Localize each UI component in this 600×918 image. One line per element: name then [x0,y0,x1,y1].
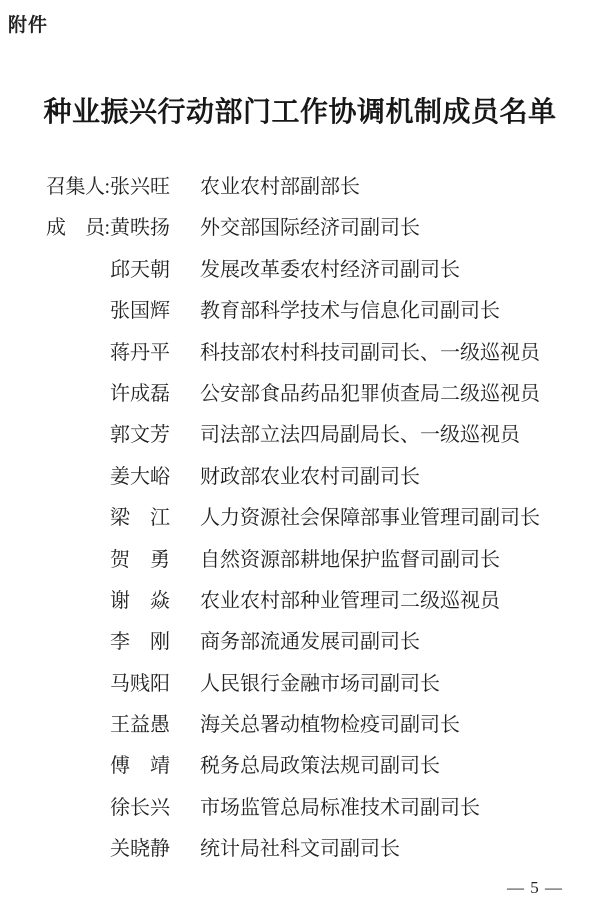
roster-row: 郭文芳 司法部立法四局副局长、一级巡视员 [46,424,590,465]
member-name: 贺 勇 [110,549,170,571]
attachment-label: 附件 [8,10,48,37]
roster-row: 张国辉 教育部科学技术与信息化司副司长 [46,300,590,341]
member-name: 蒋丹平 [110,342,170,364]
member-name: 邱天朝 [110,259,170,281]
member-title: 人力资源社会保障部事业管理司副司长 [200,507,540,529]
roster-row: 傅 靖 税务总局政策法规司副司长 [46,755,590,796]
member-title: 外交部国际经济司副司长 [200,217,420,239]
member-name: 傅 靖 [110,755,170,777]
roster-row-label: 召集人: [46,176,110,198]
roster-row: 召集人: 张兴旺 农业农村部副部长 [46,176,590,217]
member-name: 张兴旺 [110,176,170,198]
roster-row: 蒋丹平 科技部农村科技司副司长、一级巡视员 [46,342,590,383]
document-page: 附件 种业振兴行动部门工作协调机制成员名单 召集人: 张兴旺 农业农村部副部长 … [0,0,600,918]
roster-row-label: 成 员: [46,217,110,239]
roster-row: 谢 焱 农业农村部种业管理司二级巡视员 [46,590,590,631]
member-name: 谢 焱 [110,590,170,612]
member-title: 市场监管总局标准技术司副司长 [200,797,480,819]
member-title: 人民银行金融市场司副司长 [200,673,440,695]
page-number: — 5 — [507,878,563,898]
member-name: 姜大峪 [110,466,170,488]
member-title: 税务总局政策法规司副司长 [200,755,440,777]
member-name: 郭文芳 [110,424,170,446]
member-name: 马贱阳 [110,673,170,695]
member-title: 商务部流通发展司副司长 [200,631,420,653]
member-roster: 召集人: 张兴旺 农业农村部副部长 成 员: 黄昳扬 外交部国际经济司副司长 邱… [46,176,590,880]
page-title: 种业振兴行动部门工作协调机制成员名单 [0,90,600,130]
roster-row: 关晓静 统计局社科文司副司长 [46,838,590,879]
member-title: 财政部农业农村司副司长 [200,466,420,488]
member-title: 农业农村部副部长 [200,176,360,198]
roster-row: 许成磊 公安部食品药品犯罪侦查局二级巡视员 [46,383,590,424]
member-name: 关晓静 [110,838,170,860]
roster-row: 姜大峪 财政部农业农村司副司长 [46,466,590,507]
roster-row: 梁 江 人力资源社会保障部事业管理司副司长 [46,507,590,548]
member-name: 许成磊 [110,383,170,405]
member-title: 教育部科学技术与信息化司副司长 [200,300,500,322]
member-title: 科技部农村科技司副司长、一级巡视员 [200,342,540,364]
roster-row: 王益愚 海关总署动植物检疫司副司长 [46,714,590,755]
member-title: 自然资源部耕地保护监督司副司长 [200,549,500,571]
roster-row: 李 刚 商务部流通发展司副司长 [46,631,590,672]
member-name: 王益愚 [110,714,170,736]
member-name: 张国辉 [110,300,170,322]
member-name: 徐长兴 [110,797,170,819]
roster-row: 成 员: 黄昳扬 外交部国际经济司副司长 [46,217,590,258]
member-name: 李 刚 [110,631,170,653]
member-name: 黄昳扬 [110,217,170,239]
member-name: 梁 江 [110,507,170,529]
member-title: 海关总署动植物检疫司副司长 [200,714,460,736]
member-title: 公安部食品药品犯罪侦查局二级巡视员 [200,383,540,405]
member-title: 农业农村部种业管理司二级巡视员 [200,590,500,612]
member-title: 发展改革委农村经济司副司长 [200,259,460,281]
member-title: 统计局社科文司副司长 [200,838,400,860]
roster-row: 徐长兴 市场监管总局标准技术司副司长 [46,797,590,838]
roster-row: 邱天朝 发展改革委农村经济司副司长 [46,259,590,300]
roster-row: 贺 勇 自然资源部耕地保护监督司副司长 [46,549,590,590]
roster-row: 马贱阳 人民银行金融市场司副司长 [46,673,590,714]
member-title: 司法部立法四局副局长、一级巡视员 [200,424,520,446]
